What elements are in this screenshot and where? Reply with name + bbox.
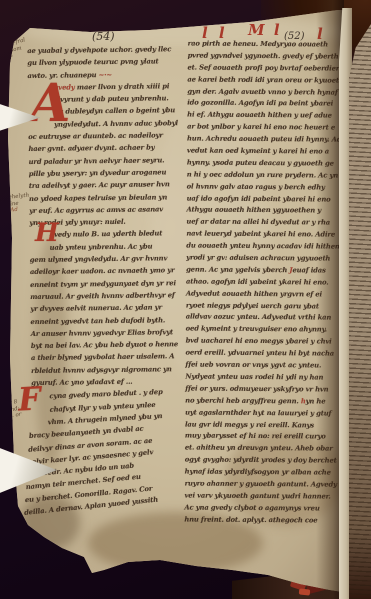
text-line: uyt agaslarnthder hyt na lauuryei y gtuf [185,407,337,420]
folio-number-left: (54) [92,30,115,43]
marginal-note-line: 60. or [5,412,22,421]
text-line: Nydyeat ynteu uas rodei hi ydi ny han [185,371,337,384]
facing-page-edge [349,0,371,599]
text-line: lau gvr idi megys y rei ereill. Kanys [185,419,337,432]
text-line: muy ybarysset ef hi no: rei ereill curyo [185,431,337,444]
folio-number-right: (52) [284,31,305,42]
text-line: vei varv ykyuoeth gantunt yudri hanner. [184,490,336,503]
red-quire-mark: M l [248,21,282,39]
binding-red-fragment [299,588,311,595]
text-line: alldvav aozuc ynteu. Adyvedut vrthi kan [186,312,338,325]
rubric-initial-h: H [35,220,59,245]
marginal-note-lower: llyr 8 bend: 60. or [2,399,22,421]
text-line: et. ahitheu yn dreuvgn ynteu. Aheb obar [185,443,337,456]
text-line: Ac yna gvedy clybot o agamynys vreu [184,502,336,515]
text-line: ffei or yurs. odmuyeuer yskyfryo vr hvn [185,383,337,396]
marginal-note-top: s llat-fral yn som 9 ~ [0,37,29,62]
text-line: no yberchi heb argyffreu genn. hyn he [185,395,337,408]
marginal-note-middle: gwehelyth et fine 20 Ad [0,193,31,215]
marginal-note-line: 20 Ad [1,205,30,214]
manuscript-photo: ae yuabal y dyvehpote uchor. gvedy llecg… [0,0,371,599]
text-line: hynaf idas ydyrdiyfsogyon yr alban ache [185,467,337,480]
text-line: ruyro ahanner y gyuoeth gantunt. Agvedy [185,478,337,491]
text-line: ffei ueb vovran or vnys ygvt ac ynteu. [185,360,337,373]
red-quire-mark: l l [202,24,228,42]
text-line: oed kymeint y treuvguiser eno ahynny. [186,324,338,337]
text-line: ogyt gvygho: ydyrdit yrodes y doy berche… [185,455,337,468]
rubric-initial-a: A [30,78,70,130]
text-line: oerd ereill. ydvuarnei ynteu hi byt nach… [185,348,337,361]
text-line: hnu freint. dot. aplyyt. athegoch coe [184,514,336,527]
text-line: bvd uacharei hi eno megys ybarei y chvi [186,336,338,349]
